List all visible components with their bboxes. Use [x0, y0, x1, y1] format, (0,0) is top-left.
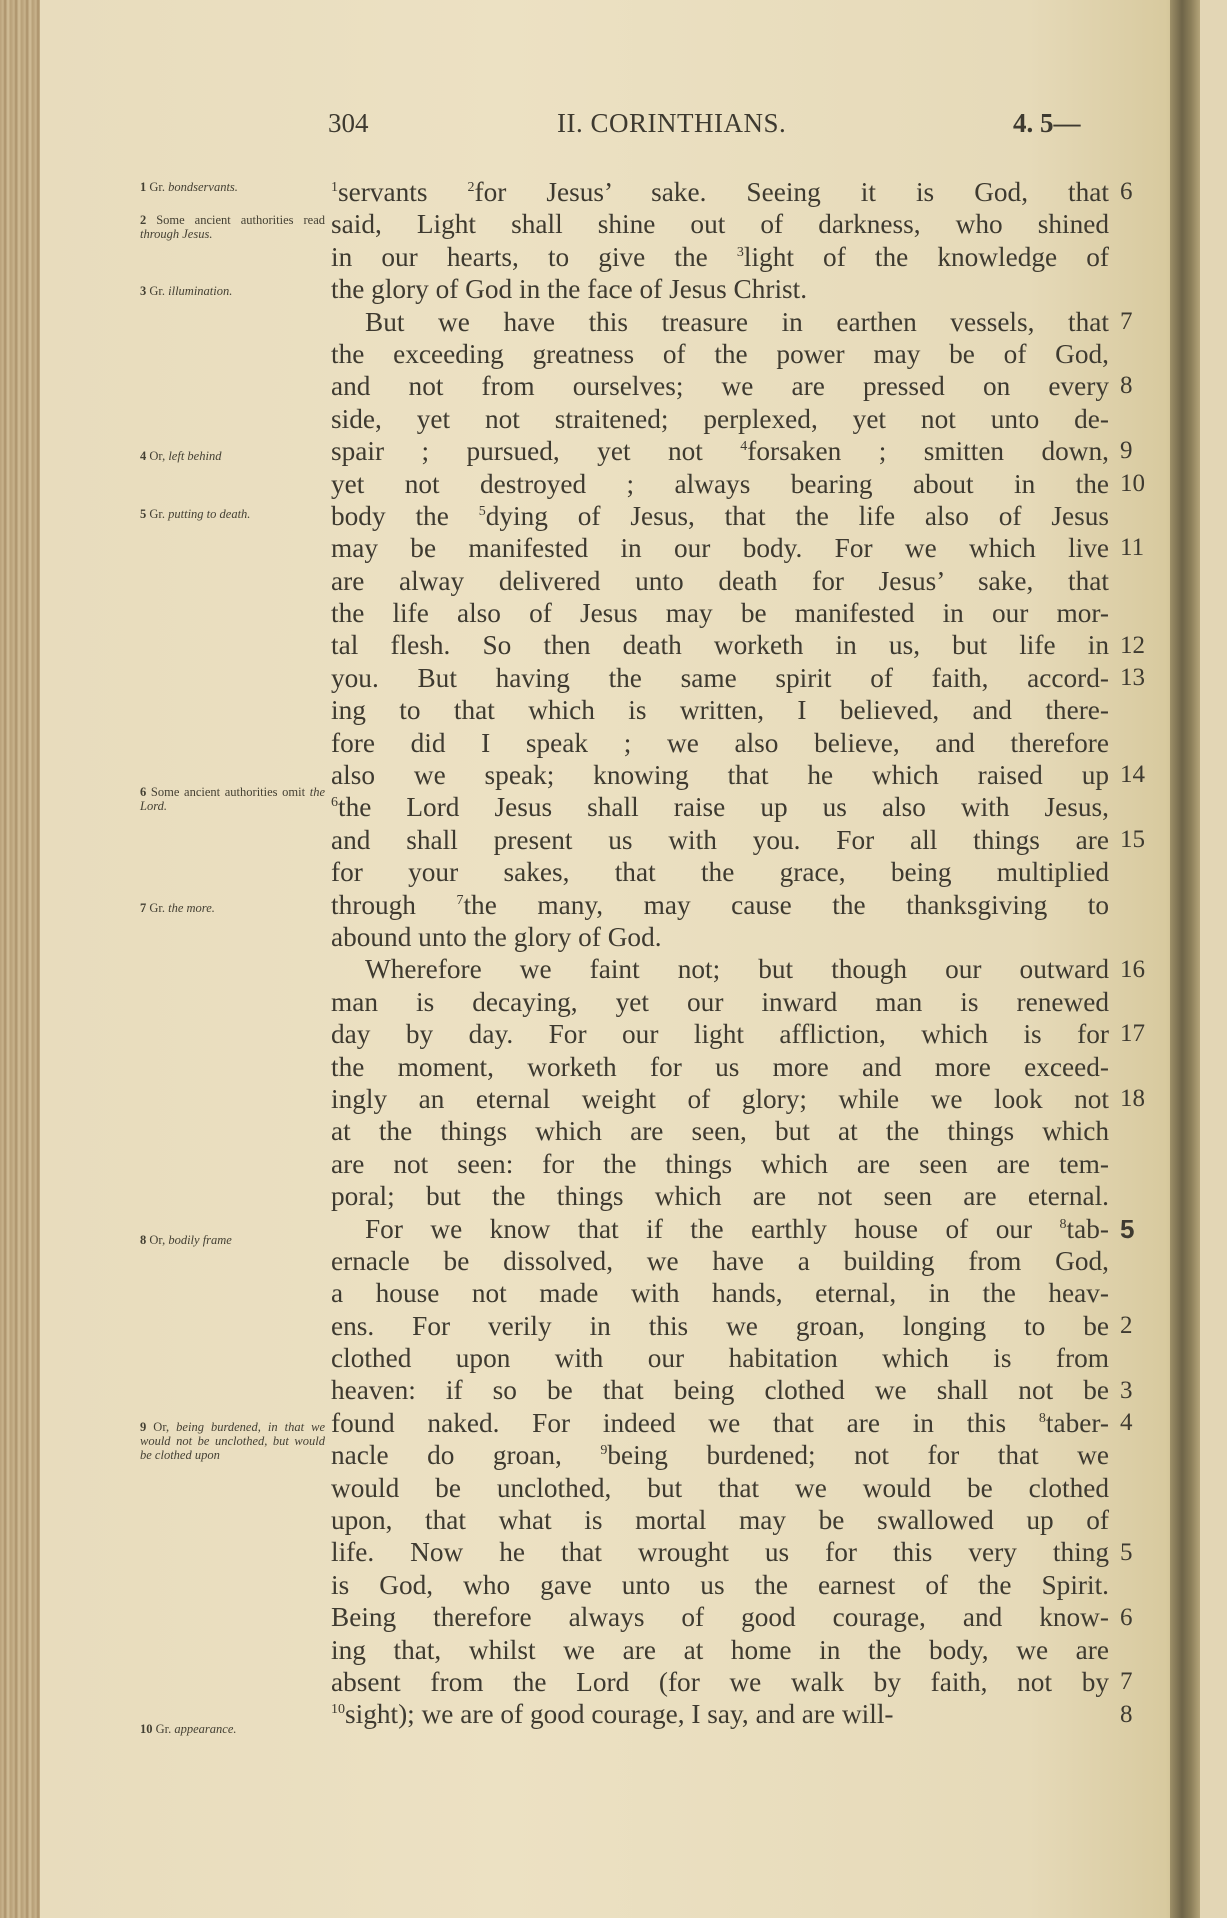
line-text: For we know that if the earthly house of… — [365, 1214, 1060, 1244]
text-line: at the things which are seen, but at the… — [331, 1115, 1109, 1147]
line-text: nacle do groan, — [331, 1440, 600, 1470]
line-text: sight); we are of good courage, I say, a… — [345, 1699, 894, 1729]
note-text: the more. — [168, 901, 215, 915]
note-prefix: Gr. — [149, 284, 165, 298]
text-line: also we speak; knowing that he which rai… — [331, 759, 1109, 791]
text-line: abound unto the glory of God. — [331, 921, 1109, 953]
chapter-number: 5 — [1120, 1213, 1134, 1245]
note-prefix: Gr. — [149, 507, 165, 521]
line-text: ens. For verily in this we groan, longin… — [331, 1311, 1109, 1341]
footnote-marker: 10 — [331, 1702, 345, 1717]
text-line: may be manifested in our body. For we wh… — [331, 532, 1109, 564]
line-text: life. Now he that wrought us for this ve… — [331, 1537, 1109, 1567]
text-line: 6the Lord Jesus shall raise up us also w… — [331, 791, 1109, 823]
text-line: ing that, whilst we are at home in the b… — [331, 1634, 1109, 1666]
verse-number: 11 — [1120, 532, 1144, 564]
verse-number: 13 — [1120, 662, 1145, 694]
text-line: are alway delivered unto death for Jesus… — [331, 565, 1109, 597]
margin-note: 7 Gr. the more. — [140, 901, 325, 915]
line-text: side, yet not straitened; perplexed, yet… — [331, 404, 1109, 434]
line-text: found naked. For indeed we that are in t… — [331, 1408, 1039, 1438]
text-line: life. Now he that wrought us for this ve… — [331, 1536, 1109, 1568]
verse-number: 4 — [1120, 1407, 1133, 1439]
line-text: the moment, worketh for us more and more… — [331, 1052, 1109, 1082]
text-line: upon, that what is mortal may be swallow… — [331, 1504, 1109, 1536]
line-text: are not seen: for the things which are s… — [331, 1149, 1109, 1179]
margin-note: 5 Gr. putting to death. — [140, 507, 325, 521]
line-text: through — [331, 890, 456, 920]
scripture-text: 1servants 2for Jesus’ sake. Seeing it is… — [331, 176, 1109, 1731]
line-text: you. But having the same spirit of faith… — [331, 663, 1109, 693]
footnote-marker: 8 — [1039, 1411, 1046, 1426]
text-line: a house not made with hands, eternal, in… — [331, 1277, 1109, 1309]
text-line: ingly an eternal weight of glory; while … — [331, 1083, 1109, 1115]
margin-note: 3 Gr. illumination. — [140, 284, 325, 298]
margin-note: 1 Gr. bondservants. — [140, 180, 325, 194]
line-text: the life also of Jesus may be manifested… — [331, 598, 1109, 628]
text-line: heaven: if so be that being clothed we s… — [331, 1374, 1109, 1406]
note-number: 9 — [140, 1420, 146, 1434]
margin-note: 8 Or, bodily frame — [140, 1233, 325, 1247]
text-line: through 7the many, may cause the thanksg… — [331, 889, 1109, 921]
note-text: bodily frame — [168, 1233, 232, 1247]
line-text: taber- — [1046, 1408, 1109, 1438]
text-line: would be unclothed, but that we would be… — [331, 1472, 1109, 1504]
margin-note: 10 Gr. appearance. — [140, 1722, 325, 1736]
text-line: fore did I speak ; we also believe, and … — [331, 727, 1109, 759]
verse-number: 12 — [1120, 630, 1145, 662]
line-text: man is decaying, yet our inward man is r… — [331, 987, 1109, 1017]
note-number: 5 — [140, 507, 146, 521]
line-text: ing to that which is written, I believed… — [331, 695, 1109, 725]
book-title: II. CORINTHIANS. — [557, 108, 786, 139]
note-text: illumination. — [168, 284, 232, 298]
verse-number: 14 — [1120, 759, 1145, 791]
note-prefix: Gr. — [149, 901, 165, 915]
line-text: upon, that what is mortal may be swallow… — [331, 1505, 1109, 1535]
text-line: and not from ourselves; we are pressed o… — [331, 370, 1109, 402]
text-line: nacle do groan, 9being burdened; not for… — [331, 1439, 1109, 1471]
text-line: is God, who gave unto us the earnest of … — [331, 1569, 1109, 1601]
text-line: found naked. For indeed we that are in t… — [331, 1407, 1109, 1439]
line-text: at the things which are seen, but at the… — [331, 1116, 1109, 1146]
text-line: are not seen: for the things which are s… — [331, 1148, 1109, 1180]
footnote-marker: 5 — [479, 504, 486, 519]
line-text: and shall present us with you. For all t… — [331, 825, 1109, 855]
margin-note: 2 Some ancient authorities read through … — [140, 213, 325, 241]
text-line: for your sakes, that the grace, being mu… — [331, 856, 1109, 888]
verse-number: 8 — [1120, 370, 1133, 402]
book-page-edges — [0, 0, 40, 1918]
text-line: poral; but the things which are not seen… — [331, 1180, 1109, 1212]
book-gutter — [1170, 0, 1200, 1918]
note-number: 1 — [140, 180, 146, 194]
text-line: ernacle be dissolved, we have a building… — [331, 1245, 1109, 1277]
text-line: tal flesh. So then death worketh in us, … — [331, 629, 1109, 661]
note-text: putting to death. — [168, 507, 250, 521]
line-text: in our hearts, to give the — [331, 242, 737, 272]
verse-number: 7 — [1120, 306, 1133, 338]
line-text: are alway delivered unto death for Jesus… — [331, 566, 1109, 596]
line-text: fore did I speak ; we also believe, and … — [331, 728, 1109, 758]
line-text: Wherefore we faint not; but though our o… — [365, 954, 1109, 984]
verse-number: 17 — [1120, 1018, 1145, 1050]
margin-note: 9 Or, being burdened, in that we would n… — [140, 1420, 325, 1462]
note-text: through Jesus. — [140, 227, 212, 241]
text-line: Wherefore we faint not; but though our o… — [331, 953, 1109, 985]
line-text: day by day. For our light affliction, wh… — [331, 1019, 1109, 1049]
text-line: you. But having the same spirit of faith… — [331, 662, 1109, 694]
note-prefix: Gr. — [156, 1722, 172, 1736]
line-text: the exceeding greatness of the power may… — [331, 339, 1109, 369]
verse-number: 9 — [1120, 435, 1133, 467]
text-line: the exceeding greatness of the power may… — [331, 338, 1109, 370]
line-text: Being therefore always of good courage, … — [331, 1602, 1109, 1632]
note-prefix: Or, — [149, 1233, 165, 1247]
running-head: 304 II. CORINTHIANS. 4. 5— — [0, 108, 1227, 148]
line-text: ing that, whilst we are at home in the b… — [331, 1635, 1109, 1665]
verse-number: 16 — [1120, 954, 1145, 986]
text-line: 1servants 2for Jesus’ sake. Seeing it is… — [331, 176, 1109, 208]
line-text: abound unto the glory of God. — [331, 922, 662, 952]
verse-number: 8 — [1120, 1699, 1133, 1731]
note-number: 10 — [140, 1722, 153, 1736]
line-text: ernacle be dissolved, we have a building… — [331, 1246, 1109, 1276]
line-text: ingly an eternal weight of glory; while … — [331, 1084, 1109, 1114]
verse-number: 15 — [1120, 824, 1145, 856]
margin-note: 4 Or, left behind — [140, 449, 325, 463]
line-text: poral; but the things which are not seen… — [331, 1181, 1109, 1211]
note-number: 7 — [140, 901, 146, 915]
verse-number: 6 — [1120, 1602, 1133, 1634]
line-text: for your sakes, that the grace, being mu… — [331, 857, 1109, 887]
footnote-marker: 8 — [1060, 1217, 1067, 1232]
note-prefix: Or, — [153, 1420, 169, 1434]
line-text: a house not made with hands, eternal, in… — [331, 1278, 1109, 1308]
text-line: absent from the Lord (for we walk by fai… — [331, 1666, 1109, 1698]
line-text: body the — [331, 501, 479, 531]
text-line: day by day. For our light affliction, wh… — [331, 1018, 1109, 1050]
text-line: 10sight); we are of good courage, I say,… — [331, 1698, 1109, 1730]
line-text: for Jesus’ sake. Seeing it is God, that — [474, 177, 1109, 207]
note-number: 3 — [140, 284, 146, 298]
note-prefix: Some ancient authorities read — [156, 213, 325, 227]
line-text: spair ; pursued, yet not — [331, 436, 740, 466]
text-line: body the 5dying of Jesus, that the life … — [331, 500, 1109, 532]
verse-number: 6 — [1120, 176, 1133, 208]
verse-number: 2 — [1120, 1310, 1133, 1342]
text-line: the glory of God in the face of Jesus Ch… — [331, 273, 1109, 305]
note-number: 4 — [140, 449, 146, 463]
note-prefix: Or, — [149, 449, 165, 463]
line-text: being burdened; not for that we — [607, 1440, 1109, 1470]
text-line: ing to that which is written, I believed… — [331, 694, 1109, 726]
line-text: light of the knowledge of — [744, 242, 1109, 272]
note-text: appearance. — [174, 1722, 236, 1736]
text-line: in our hearts, to give the 3light of the… — [331, 241, 1109, 273]
text-line: spair ; pursued, yet not 4forsaken ; smi… — [331, 435, 1109, 467]
text-line: said, Light shall shine out of darkness,… — [331, 208, 1109, 240]
line-text: yet not destroyed ; always bearing about… — [331, 469, 1109, 499]
footnote-marker: 3 — [737, 245, 744, 260]
line-text: dying of Jesus, that the life also of Je… — [486, 501, 1109, 531]
note-number: 8 — [140, 1233, 146, 1247]
line-text: said, Light shall shine out of darkness,… — [331, 209, 1109, 239]
text-line: yet not destroyed ; always bearing about… — [331, 468, 1109, 500]
note-prefix: Some ancient authorities omit — [151, 785, 305, 799]
note-number: 6 — [140, 785, 146, 799]
line-text: tab- — [1067, 1214, 1109, 1244]
verse-number: 5 — [1120, 1537, 1133, 1569]
line-text: the glory of God in the face of Jesus Ch… — [331, 274, 807, 304]
line-text: would be unclothed, but that we would be… — [331, 1473, 1109, 1503]
text-line: the life also of Jesus may be manifested… — [331, 597, 1109, 629]
text-line: man is decaying, yet our inward man is r… — [331, 986, 1109, 1018]
text-line: and shall present us with you. For all t… — [331, 824, 1109, 856]
text-line: ens. For verily in this we groan, longin… — [331, 1310, 1109, 1342]
text-line: For we know that if the earthly house of… — [331, 1213, 1109, 1245]
chapter-verse-reference: 4. 5— — [1013, 108, 1081, 139]
text-line: side, yet not straitened; perplexed, yet… — [331, 403, 1109, 435]
line-text: tal flesh. So then death worketh in us, … — [331, 630, 1109, 660]
footnote-marker: 1 — [331, 180, 338, 195]
verse-number: 18 — [1120, 1083, 1145, 1115]
line-text: and not from ourselves; we are pressed o… — [331, 371, 1109, 401]
text-line: Being therefore always of good courage, … — [331, 1601, 1109, 1633]
footnote-marker: 6 — [331, 795, 338, 810]
line-text: the Lord Jesus shall raise up us also wi… — [338, 792, 1109, 822]
text-line: clothed upon with our habitation which i… — [331, 1342, 1109, 1374]
verse-number: 10 — [1120, 468, 1145, 500]
line-text: But we have this treasure in earthen ves… — [365, 307, 1109, 337]
margin-note: 6 Some ancient authorities omit the Lord… — [140, 785, 325, 813]
line-text: the many, may cause the thanksgiving to — [463, 890, 1109, 920]
line-text: forsaken ; smitten down, — [747, 436, 1109, 466]
line-text: absent from the Lord (for we walk by fai… — [331, 1667, 1109, 1697]
line-text: may be manifested in our body. For we wh… — [331, 533, 1109, 563]
note-number: 2 — [140, 213, 146, 227]
note-text: left behind — [168, 449, 221, 463]
text-line: the moment, worketh for us more and more… — [331, 1051, 1109, 1083]
line-text: heaven: if so be that being clothed we s… — [331, 1375, 1109, 1405]
verse-number: 7 — [1120, 1666, 1133, 1698]
note-prefix: Gr. — [149, 180, 165, 194]
line-text: also we speak; knowing that he which rai… — [331, 760, 1109, 790]
page-number: 304 — [328, 108, 369, 139]
verse-number: 3 — [1120, 1375, 1133, 1407]
text-line: But we have this treasure in earthen ves… — [331, 306, 1109, 338]
line-text: is God, who gave unto us the earnest of … — [331, 1570, 1109, 1600]
line-text: clothed upon with our habitation which i… — [331, 1343, 1109, 1373]
note-text: bondservants. — [168, 180, 238, 194]
line-text: servants — [338, 177, 467, 207]
